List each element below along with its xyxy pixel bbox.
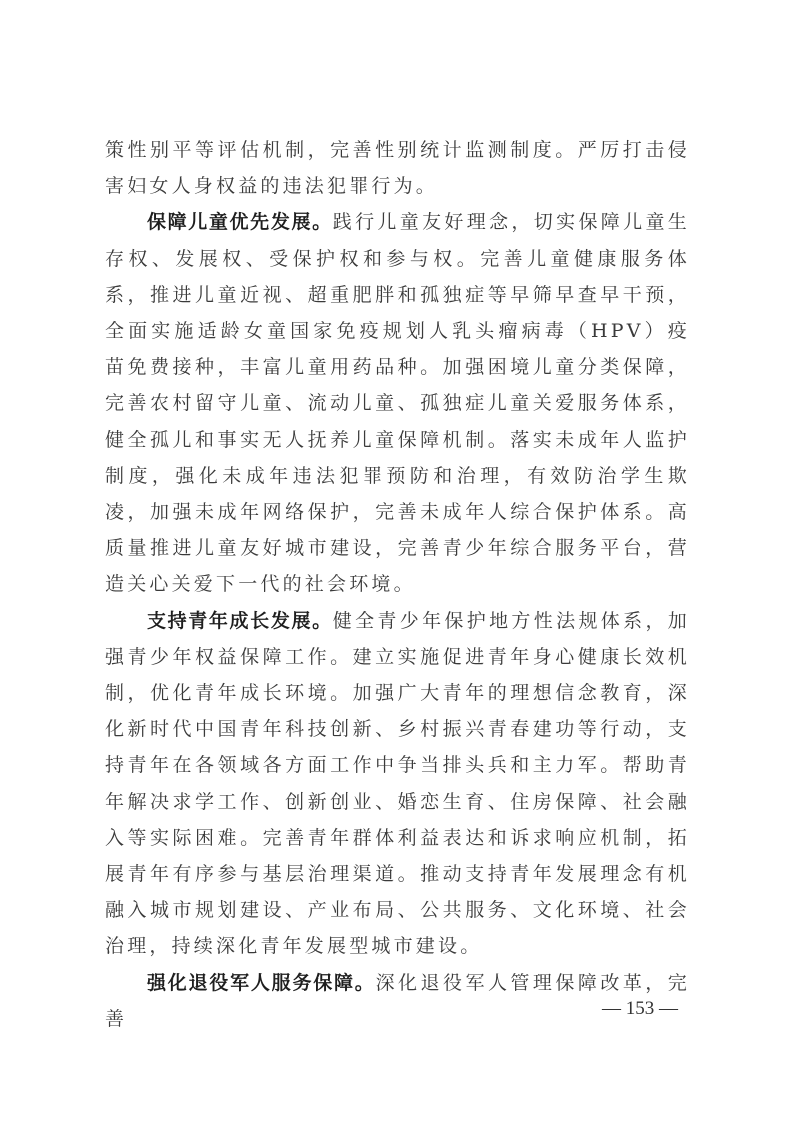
paragraph-lead: 保障儿童优先发展。 — [147, 211, 333, 233]
paragraph-youth-development: 支持青年成长发展。健全青少年保护地方性法规体系，加强青少年权益保障工作。建立实施… — [105, 603, 690, 965]
paragraph-text: 践行儿童友好理念，切实保障儿童生存权、发展权、受保护权和参与权。完善儿童健康服务… — [105, 211, 690, 595]
paragraph-women-rights-continued: 策性别平等评估机制，完善性别统计监测制度。严厉打击侵害妇女人身权益的违法犯罪行为… — [105, 132, 690, 204]
page-number: — 153 — — [595, 998, 685, 1020]
paragraph-text: 策性别平等评估机制，完善性别统计监测制度。严厉打击侵害妇女人身权益的违法犯罪行为… — [105, 139, 690, 197]
paragraph-lead: 支持青年成长发展。 — [147, 610, 333, 632]
paragraph-text: 健全青少年保护地方性法规体系，加强青少年权益保障工作。建立实施促进青年身心健康长… — [105, 610, 690, 958]
paragraph-children-development: 保障儿童优先发展。践行儿童友好理念，切实保障儿童生存权、发展权、受保护权和参与权… — [105, 204, 690, 602]
document-body: 策性别平等评估机制，完善性别统计监测制度。严厉打击侵害妇女人身权益的违法犯罪行为… — [105, 132, 690, 1037]
paragraph-lead: 强化退役军人服务保障。 — [147, 972, 376, 994]
